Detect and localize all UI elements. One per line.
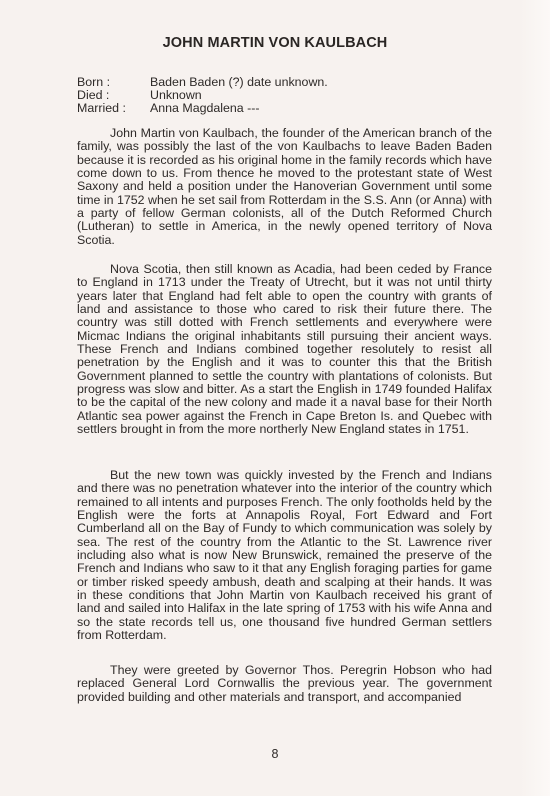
paragraph-4: They were greeted by Governor Thos. Pere…	[77, 664, 492, 704]
paragraph-4-text: They were greeted by Governor Thos. Pere…	[77, 663, 492, 704]
page-title: JOHN MARTIN VON KAULBACH	[0, 35, 550, 51]
paragraph-2-text: Nova Scotia, then still known as Acadia,…	[77, 262, 492, 436]
page-edge-shade	[520, 0, 550, 796]
vital-row-married: Married : Anna Magdalena ---	[77, 102, 328, 115]
vital-records: Born : Baden Baden (?) date unknown. Die…	[77, 76, 328, 116]
married-value: Anna Magdalena ---	[150, 102, 260, 115]
married-label: Married :	[77, 102, 150, 115]
paragraph-3-text: But the new town was quickly invested by…	[77, 468, 492, 642]
vital-row-born: Born : Baden Baden (?) date unknown.	[77, 76, 328, 89]
paragraph-1: John Martin von Kaulbach, the founder of…	[77, 127, 492, 247]
page-number: 8	[0, 747, 550, 761]
paragraph-3: But the new town was quickly invested by…	[77, 469, 492, 642]
paragraph-1-text: John Martin von Kaulbach, the founder of…	[77, 126, 492, 247]
paragraph-2: Nova Scotia, then still known as Acadia,…	[77, 263, 492, 436]
